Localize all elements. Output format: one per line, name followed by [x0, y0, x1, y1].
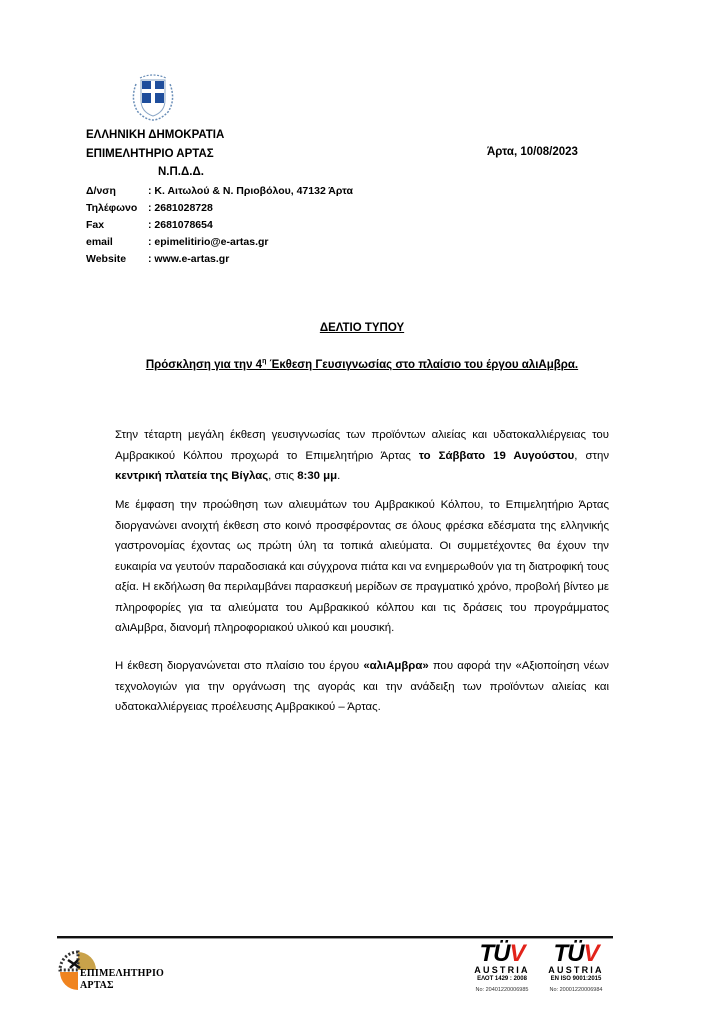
contact-fax: Fax : 2681078654 — [86, 217, 353, 234]
contact-label: Fax — [86, 217, 148, 234]
contact-label: Τηλέφωνο — [86, 200, 148, 217]
contact-value: : 2681028728 — [148, 200, 213, 217]
text: . — [337, 470, 340, 482]
text: , στις — [268, 470, 297, 482]
contact-address: Δ/νση : Κ. Αιτωλού & Ν. Πριοβόλου, 47132… — [86, 183, 353, 200]
event-location: κεντρική πλατεία της Βίγλας — [115, 470, 268, 482]
cert-standard: ΕΛΟΤ 1429 : 2008 — [466, 975, 538, 983]
tuv-certification-badge: TÜV AUSTRIA EN ISO 9001:2015 No: 2000122… — [540, 943, 612, 995]
contact-value: : 2681078654 — [148, 217, 213, 234]
logo-line1: ΕΠΙΜΕΛΗΤΗΡΙΟ — [80, 968, 164, 980]
contact-phone: Τηλέφωνο : 2681028728 — [86, 200, 353, 217]
contact-value[interactable]: : www.e-artas.gr — [148, 251, 229, 268]
cert-austria: AUSTRIA — [466, 965, 538, 975]
logo-line2: ΑΡΤΑΣ — [80, 980, 164, 992]
greek-state-emblem-icon — [128, 70, 178, 122]
contact-info: Δ/νση : Κ. Αιτωλού & Ν. Πριοβόλου, 47132… — [86, 183, 353, 268]
contact-email: email : epimelitirio@e-artas.gr — [86, 234, 353, 251]
cert-austria: AUSTRIA — [540, 965, 612, 975]
chamber-logo-text: ΕΠΙΜΕΛΗΤΗΡΙΟ ΑΡΤΑΣ — [80, 968, 164, 992]
subtitle-text: Πρόσκληση για την 4 — [146, 359, 262, 371]
paragraph-2: Με έμφαση την προώθηση των αλιευμάτων το… — [115, 495, 609, 639]
subtitle-text: Έκθεση Γευσιγνωσίας στο πλαίσιο του έργο… — [266, 359, 578, 371]
cert-number: No: 20401220006985 — [466, 985, 538, 995]
paragraph-1: Στην τέταρτη μεγάλη έκθεση γευσιγνωσίας … — [115, 425, 609, 487]
tuv-logo-icon: TÜV — [540, 943, 612, 965]
document-subtitle: Πρόσκληση για την 4η Έκθεση Γευσιγνωσίας… — [0, 358, 724, 371]
contact-website: Website : www.e-artas.gr — [86, 251, 353, 268]
org-name-line1: ΕΛΛΗΝΙΚΗ ΔΗΜΟΚΡΑΤΙΑ — [86, 127, 224, 143]
text: Η έκθεση διοργανώνεται στο πλαίσιο του έ… — [115, 660, 363, 672]
contact-label: Website — [86, 251, 148, 268]
org-legal-form: Ν.Π.Δ.Δ. — [158, 164, 204, 180]
contact-label: Δ/νση — [86, 183, 148, 200]
contact-value[interactable]: : epimelitirio@e-artas.gr — [148, 234, 269, 251]
document-title: ΔΕΛΤΙΟ ΤΥΠΟΥ — [0, 322, 724, 334]
tuv-logo-icon: TÜV — [466, 943, 538, 965]
tuv-certification-badge: TÜV AUSTRIA ΕΛΟΤ 1429 : 2008 No: 2040122… — [466, 943, 538, 995]
contact-label: email — [86, 234, 148, 251]
project-name: «αλιΑμβρα» — [363, 660, 428, 672]
cert-number: No: 20001220006984 — [540, 985, 612, 995]
paragraph-3: Η έκθεση διοργανώνεται στο πλαίσιο του έ… — [115, 656, 609, 718]
contact-value: : Κ. Αιτωλού & Ν. Πριοβόλου, 47132 Άρτα — [148, 183, 353, 200]
event-date: το Σάββατο 19 Αυγούστου — [419, 450, 574, 462]
text: , στην — [574, 450, 609, 462]
footer-divider — [57, 936, 613, 938]
document-date: Άρτα, 10/08/2023 — [487, 146, 578, 158]
event-time: 8:30 μμ — [297, 470, 337, 482]
cert-standard: EN ISO 9001:2015 — [540, 975, 612, 983]
chamber-logo: ΕΠΙΜΕΛΗΤΗΡΙΟ ΑΡΤΑΣ — [58, 948, 178, 996]
org-name-line2: ΕΠΙΜΕΛΗΤΗΡΙΟ ΑΡΤΑΣ — [86, 146, 214, 162]
